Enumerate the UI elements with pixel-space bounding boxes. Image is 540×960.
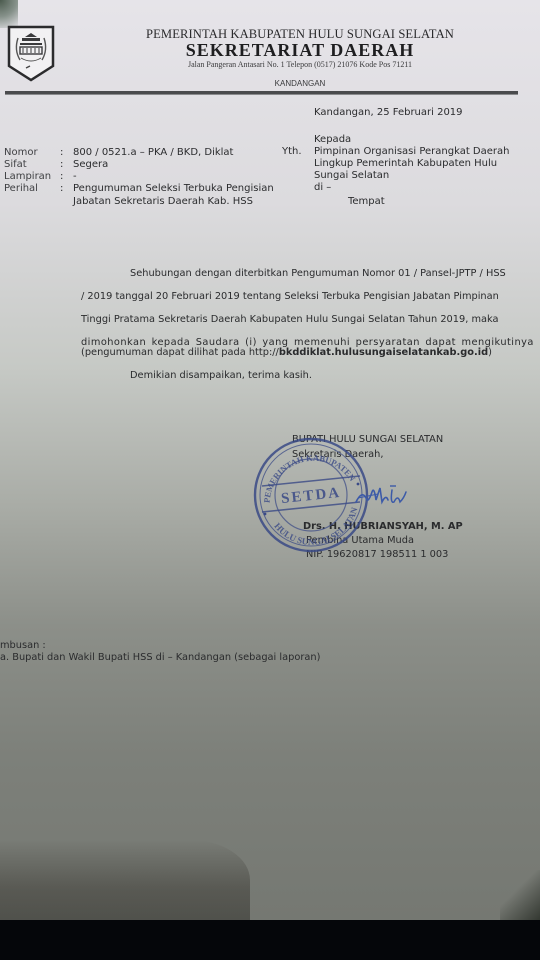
letterhead-address: Jalan Pangeran Antasari No. 1 Telepon (0… <box>60 60 540 69</box>
body-line: Sehubungan dengan diterbitkan Pengumuman… <box>130 268 506 279</box>
recipient-line: Pimpinan Organisasi Perangkat Daerah <box>314 146 510 157</box>
body-line: Tinggi Pratama Sekretaris Daerah Kabupat… <box>81 314 499 325</box>
handwritten-signature-icon <box>354 480 414 510</box>
recipient-line: Lingkup Pemerintah Kabupaten Hulu <box>314 158 497 169</box>
meta-value-lampiran: - <box>73 171 77 182</box>
letterhead-divider <box>5 91 518 95</box>
meta-colon: : <box>60 171 63 182</box>
tembusan-item: a. Bupati dan Wakil Bupati HSS di – Kand… <box>0 652 320 663</box>
letterhead-office: SEKRETARIAT DAERAH <box>60 40 540 61</box>
meta-colon: : <box>60 183 63 194</box>
meta-label-lampiran: Lampiran <box>4 171 58 182</box>
letterhead-city: KANDANGAN <box>60 79 540 88</box>
body-link-line: (pengumuman dapat dilihat pada http://bk… <box>81 345 492 356</box>
recipient-kepada: Kepada <box>314 134 351 145</box>
shadow <box>500 870 540 920</box>
meta-colon: : <box>60 159 63 170</box>
body-link-prefix: (pengumuman dapat dilihat pada http:// <box>81 347 279 358</box>
recipient-line: Sungai Selatan <box>314 170 389 181</box>
meta-value-sifat: Segera <box>73 159 108 170</box>
website-link[interactable]: bkddiklat.hulusungaiselatankab.go.id <box>279 347 488 358</box>
stamp-center-text: SETDA <box>280 485 341 507</box>
meta-value-perihal-line2: Jabatan Sekretaris Daerah Kab. HSS <box>73 196 253 207</box>
meta-label-perihal: Perihal <box>4 183 58 194</box>
letter-page: PEMERINTAH KABUPATEN HULU SUNGAI SELATAN… <box>0 0 540 920</box>
meta-label-nomor: Nomor <box>4 147 58 158</box>
stamp-bottom-text: HULU SUNGAI SELATAN <box>271 504 365 554</box>
body-line: / 2019 tanggal 20 Februari 2019 tentang … <box>81 291 499 302</box>
regency-coat-of-arms-icon <box>6 24 56 82</box>
meta-value-perihal: Pengumuman Seleksi Terbuka Pengisian <box>73 183 274 194</box>
meta-value-nomor: 800 / 0521.a – PKA / BKD, Diklat <box>73 147 233 158</box>
date-line: Kandangan, 25 Februari 2019 <box>314 107 463 118</box>
closing-line: Demikian disampaikan, terima kasih. <box>130 370 312 381</box>
recipient-di: di – <box>314 182 331 193</box>
recipient-prefix: Yth. <box>282 146 302 157</box>
recipient-tempat: Tempat <box>348 196 385 207</box>
body-link-suffix: ) <box>488 347 492 358</box>
svg-text:HULU SUNGAI SELATAN: HULU SUNGAI SELATAN <box>271 504 365 554</box>
meta-label-sifat: Sifat <box>4 159 58 170</box>
tembusan-title: mbusan : <box>0 640 46 651</box>
meta-colon: : <box>60 147 63 158</box>
official-stamp-icon: SETDA PEMERINTAH KABUPATEN HULU SUNGAI S… <box>252 436 370 554</box>
